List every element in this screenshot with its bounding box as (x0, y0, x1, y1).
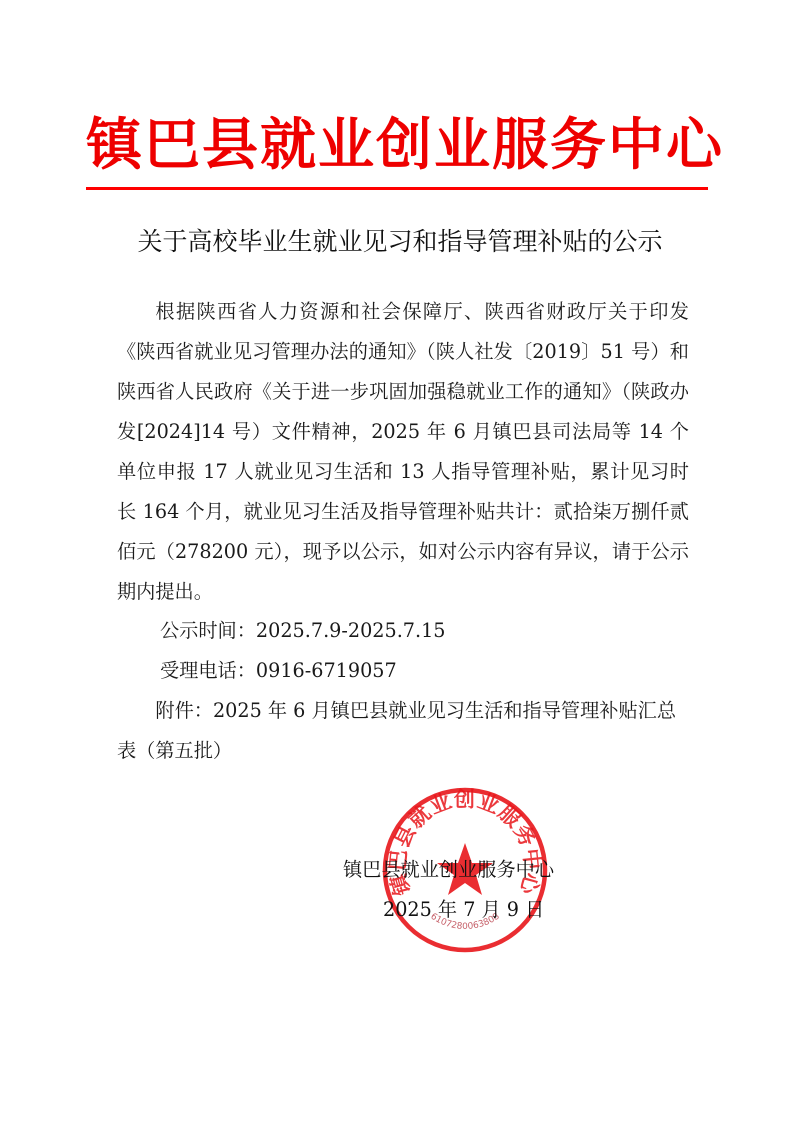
body-paragraph: 根据陕西省人力资源和社会保障厅、陕西省财政厅关于印发《陕西省就业见习管理办法的通… (117, 292, 689, 612)
organization-header: 镇巴县就业创业服务中心 (86, 110, 712, 180)
red-divider (86, 187, 708, 190)
attachment-note: 附件：2025 年 6 月镇巴县就业见习生活和指导管理补贴汇总表（第五批） (117, 691, 689, 771)
document-title: 关于高校毕业生就业见习和指导管理补贴的公示 (110, 222, 690, 262)
publicity-period: 公示时间：2025.7.9-2025.7.15 (160, 611, 446, 651)
signature-date: 2025 年 7 月 9 日 (383, 890, 544, 930)
document-body: 根据陕西省人力资源和社会保障厅、陕西省财政厅关于印发《陕西省就业见习管理办法的通… (117, 292, 689, 612)
contact-phone: 受理电话：0916-6719057 (160, 651, 397, 691)
signature-organization: 镇巴县就业创业服务中心 (343, 850, 554, 890)
